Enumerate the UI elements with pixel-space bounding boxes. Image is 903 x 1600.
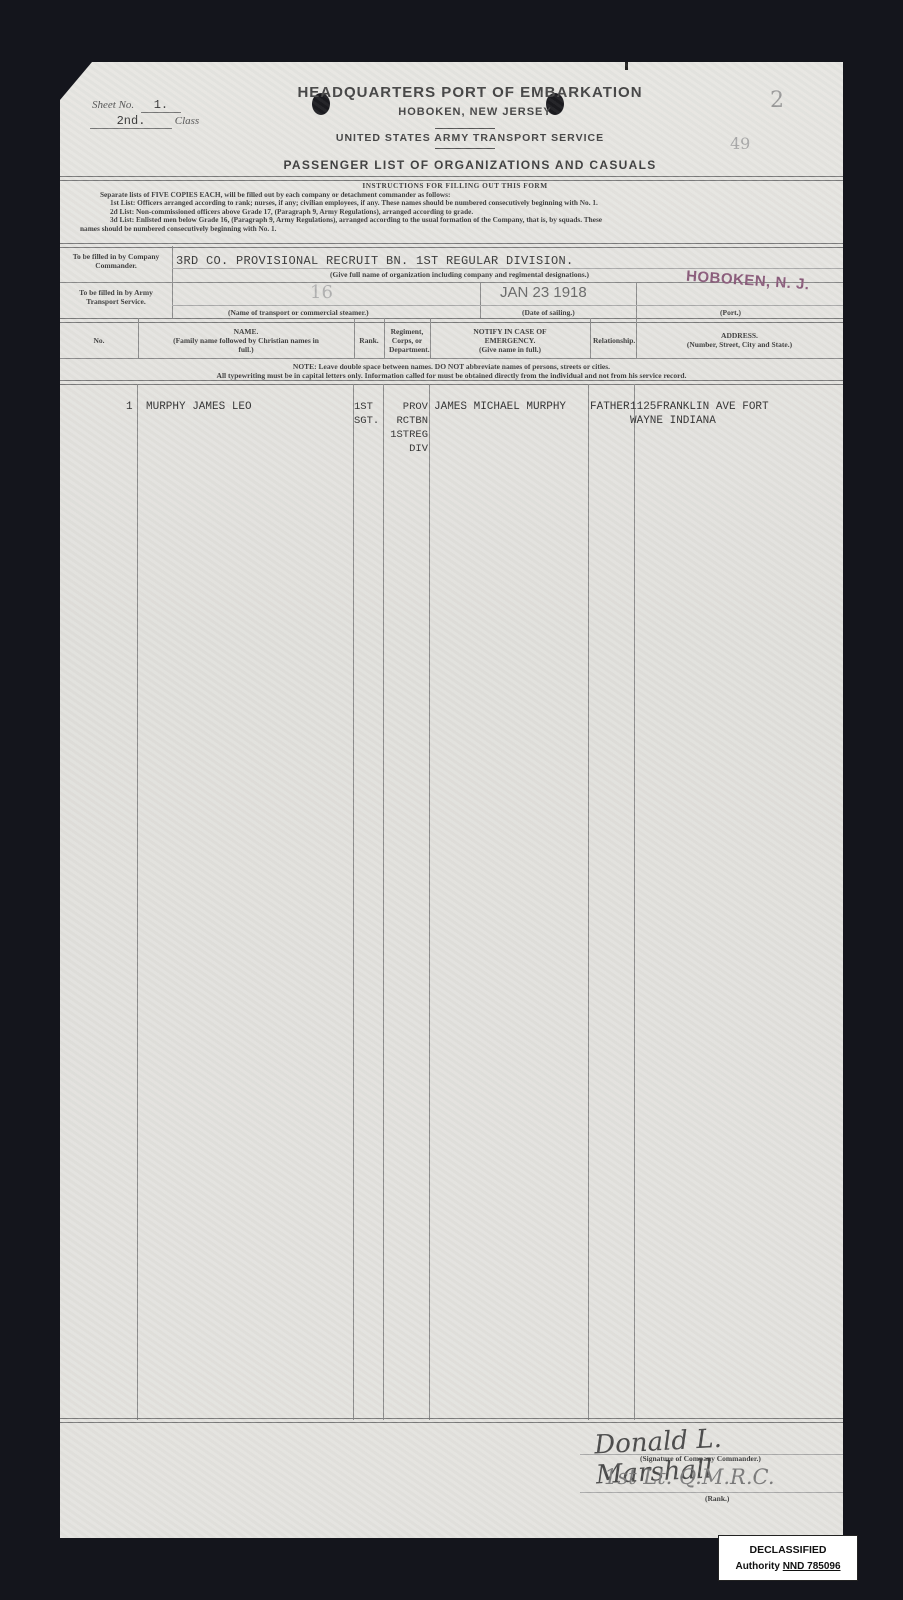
column-header-label: NAME. xyxy=(234,327,259,336)
title-location: HOBOKEN, NEW JERSEY xyxy=(310,106,640,118)
column-header-label: Rank. xyxy=(359,336,378,345)
pencil-mark-top: 2 xyxy=(770,88,784,113)
instructions-line: 2d List: Non-commissioned officers above… xyxy=(80,208,830,217)
title-rule-1 xyxy=(435,128,495,129)
divider xyxy=(172,305,843,306)
date-of-sailing-value: JAN 23 1918 xyxy=(500,284,587,301)
sheet-label: Sheet No. xyxy=(92,99,134,111)
column-header-address: ADDRESS. (Number, Street, City and State… xyxy=(636,322,843,358)
column-header-no: No. xyxy=(60,322,138,358)
instructions-line: 1st List: Officers arranged according to… xyxy=(80,199,830,208)
divider xyxy=(636,282,637,318)
divider xyxy=(60,380,843,385)
row-regiment: PROV RCTBN 1STREG DIV xyxy=(382,400,428,456)
rank-caption: (Rank.) xyxy=(705,1494,729,1503)
instructions-line: 3d List: Enlisted men below Grade 16, (P… xyxy=(80,216,830,225)
transport-service-label: To be filled in by Army Transport Servic… xyxy=(64,288,168,306)
instructions-block: INSTRUCTIONS FOR FILLING OUT THIS FORM S… xyxy=(80,182,830,234)
column-divider xyxy=(354,318,355,358)
column-divider xyxy=(138,318,139,358)
column-header-label: ADDRESS. xyxy=(721,331,758,340)
rank-line xyxy=(580,1492,843,1493)
column-header-regiment: Regiment, Corps, or Department. xyxy=(384,322,430,358)
punch-hole-left xyxy=(312,93,330,115)
row-name: MURPHY JAMES LEO xyxy=(146,400,252,414)
divider xyxy=(60,243,843,248)
declassified-title: DECLASSIFIED xyxy=(719,1544,857,1556)
row-notify: JAMES MICHAEL MURPHY xyxy=(434,400,566,414)
column-divider xyxy=(137,384,138,1420)
authority-label: Authority xyxy=(735,1561,779,1572)
row-relationship: FATHER xyxy=(590,400,630,414)
instructions-heading: INSTRUCTIONS FOR FILLING OUT THIS FORM xyxy=(80,182,830,191)
divider xyxy=(60,318,843,323)
signature-line xyxy=(580,1454,843,1455)
transport-value: 16 xyxy=(310,282,333,303)
divider xyxy=(60,176,843,181)
row-no: 1 xyxy=(126,400,133,414)
divider xyxy=(60,358,843,359)
divider xyxy=(480,282,481,318)
title-rule-2 xyxy=(435,148,495,149)
column-header-label: NOTIFY IN CASE OF EMERGENCY. xyxy=(455,327,565,345)
sheet-number-field: Sheet No. 1. xyxy=(92,98,181,113)
transport-caption: (Name of transport or commercial steamer… xyxy=(228,308,369,317)
table-note: NOTE: Leave double space between names. … xyxy=(60,362,843,380)
column-divider xyxy=(588,384,589,1420)
port-stamp: HOBOKEN, N. J. xyxy=(686,268,811,294)
column-divider xyxy=(383,384,384,1420)
note-line: NOTE: Leave double space between names. … xyxy=(60,362,843,371)
class-label: Class xyxy=(175,115,199,127)
divider xyxy=(172,268,843,269)
port-caption: (Port.) xyxy=(720,308,741,317)
row-rank: 1ST SGT. xyxy=(354,400,379,428)
column-header-label: No. xyxy=(93,336,104,345)
column-divider xyxy=(634,384,635,1420)
staple-mark xyxy=(625,58,628,70)
column-header-relationship: Relationship. xyxy=(590,322,636,358)
column-divider xyxy=(430,318,431,358)
column-header-notify: NOTIFY IN CASE OF EMERGENCY. (Give name … xyxy=(430,322,590,358)
column-divider xyxy=(636,318,637,358)
divider xyxy=(60,1418,843,1423)
column-header-name: NAME. (Family name followed by Christian… xyxy=(138,322,354,358)
punch-hole-right xyxy=(546,93,564,115)
declassified-label: DECLASSIFIED Authority NND 785096 xyxy=(718,1535,858,1581)
column-header-rank: Rank. xyxy=(354,322,384,358)
class-field: 2nd. Class xyxy=(90,114,199,129)
pencil-mark-number: 49 xyxy=(730,134,750,153)
company-commander-label: To be filled in by Company Commander. xyxy=(64,252,168,270)
note-line: All typewriting must be in capital lette… xyxy=(60,371,843,380)
class-value: 2nd. xyxy=(90,114,172,129)
column-divider xyxy=(353,384,354,1420)
column-header-label: Relationship. xyxy=(593,336,633,345)
divider xyxy=(60,282,843,283)
column-divider xyxy=(429,384,430,1420)
authority-value: NND 785096 xyxy=(783,1561,841,1572)
instructions-line: Separate lists of FIVE COPIES EACH, will… xyxy=(80,191,830,200)
commander-signature: Donald L. Marshall xyxy=(594,1418,845,1491)
sheet-number-value: 1. xyxy=(141,98,181,113)
organization-value: 3RD CO. PROVISIONAL RECRUIT BN. 1ST REGU… xyxy=(176,254,574,268)
instructions-line: names should be numbered consecutively b… xyxy=(80,225,830,234)
row-address: 1125FRANKLIN AVE FORT WAYNE INDIANA xyxy=(630,400,769,428)
divider xyxy=(172,246,173,318)
column-header-sublabel: (Give name in full.) xyxy=(479,345,541,354)
document-page: Sheet No. 1. 2nd. Class HEADQUARTERS POR… xyxy=(60,62,843,1538)
column-divider xyxy=(384,318,385,358)
column-header-sublabel: (Number, Street, City and State.) xyxy=(687,340,792,349)
column-header-sublabel: (Family name followed by Christian names… xyxy=(171,336,321,354)
date-caption: (Date of sailing.) xyxy=(522,308,575,317)
title-headquarters: HEADQUARTERS PORT OF EMBARKATION xyxy=(270,84,670,101)
title-passenger-list: PASSENGER LIST OF ORGANIZATIONS AND CASU… xyxy=(240,158,700,172)
column-header-label: Regiment, Corps, or Department. xyxy=(389,327,425,354)
title-service: UNITED STATES ARMY TRANSPORT SERVICE xyxy=(260,132,680,144)
signature-caption: (Signature of Company Commander.) xyxy=(640,1454,761,1463)
rank-handwritten: 1st Lt. Q.M.R.C. xyxy=(604,1465,775,1489)
organization-caption: (Give full name of organization includin… xyxy=(330,270,589,279)
column-divider xyxy=(590,318,591,358)
